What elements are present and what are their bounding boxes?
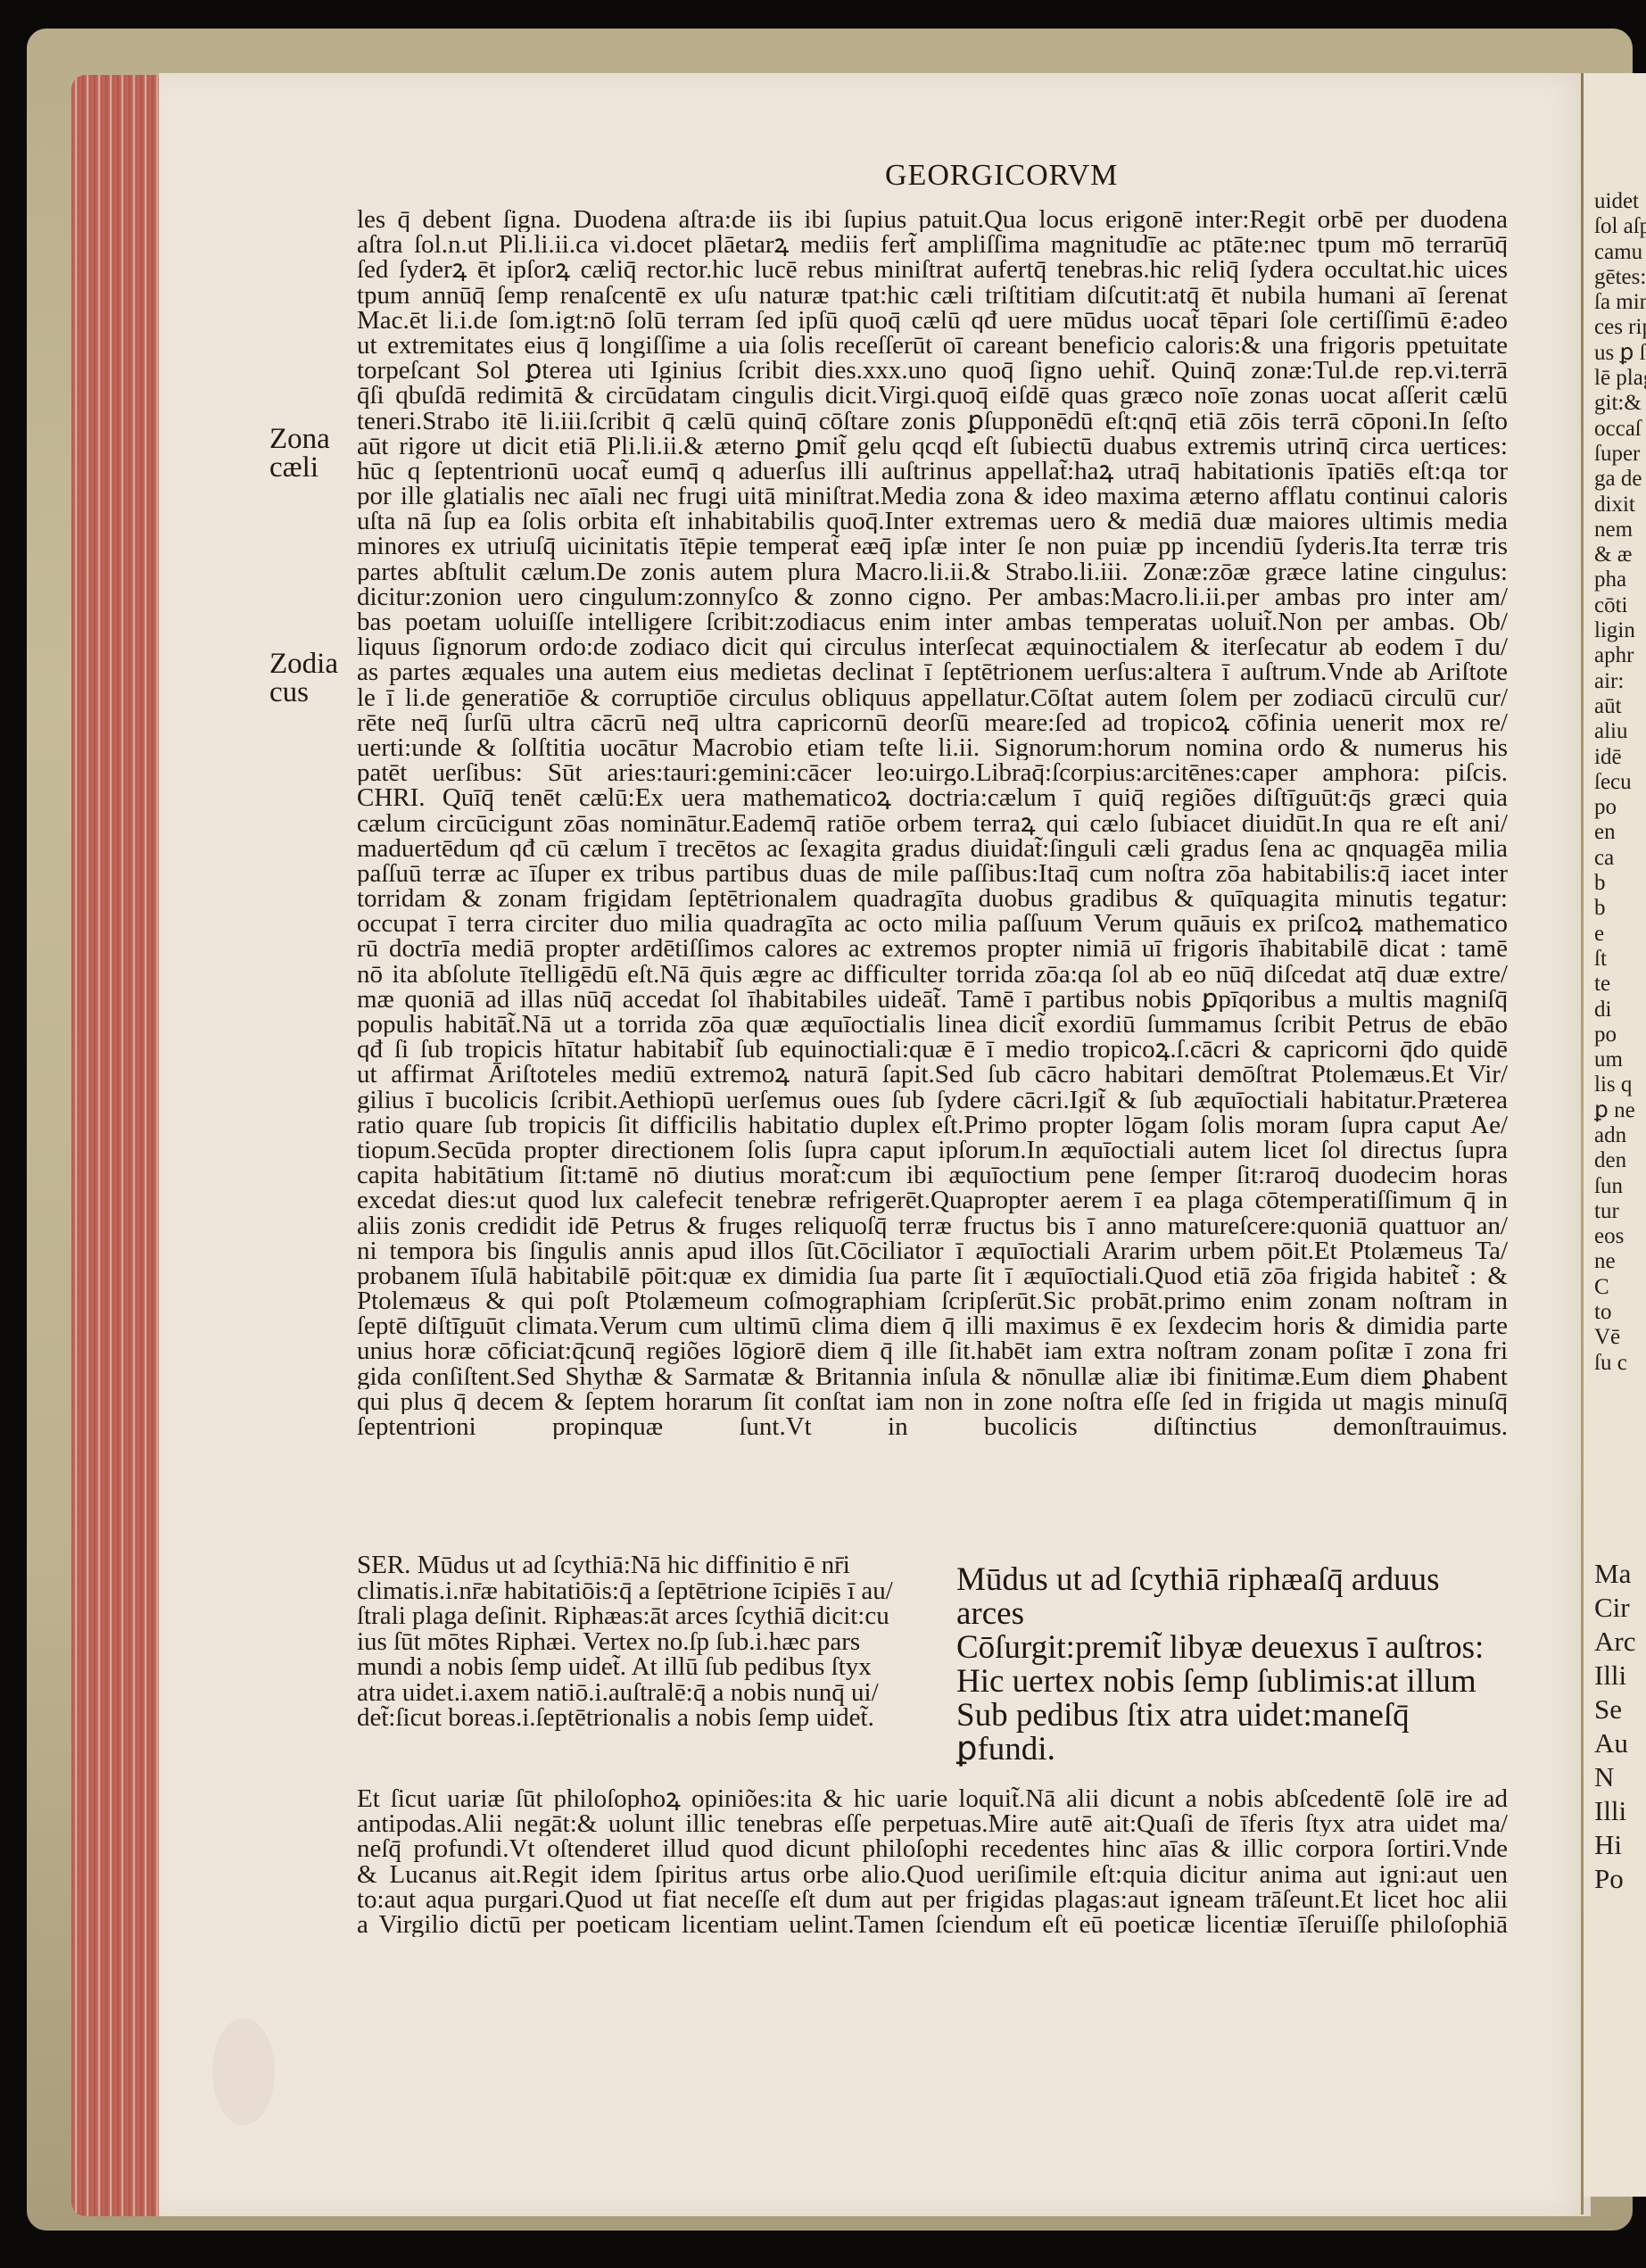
text-line: Cir: [1594, 1591, 1646, 1625]
text-line: uſta nā ſup ea ſolis orbita eſt inhabita…: [357, 509, 1508, 534]
text-line: te: [1594, 972, 1646, 997]
text-line: po: [1594, 1022, 1646, 1047]
text-line: Ptolemæus & qui poſt Ptolæmeum coſmograp…: [357, 1288, 1508, 1313]
text-line: Au: [1594, 1726, 1646, 1760]
text-line: occaſ: [1594, 417, 1646, 442]
text-line: SER. Mūdus ut ad ſcythiā:Nā hic diffinit…: [357, 1552, 946, 1578]
text-line: lē plag: [1594, 366, 1646, 391]
text-line: qui plus q̄ decem & ſeptem horarum ſit c…: [357, 1389, 1508, 1414]
margin-note-line: cæli: [269, 453, 330, 482]
text-line: air:: [1594, 669, 1646, 694]
text-line: Se: [1594, 1693, 1646, 1726]
text-line: ſeptē diſtīguūt climata.Verum cum ultimū…: [357, 1313, 1508, 1338]
text-line: excedat dies:ut quod lux calefecit teneb…: [357, 1188, 1508, 1213]
text-line: Et ſicut uariæ ſūt philoſophoꝝ opiniões:…: [357, 1786, 1508, 1811]
text-line: uerti:unde & ſolſtitia uocātur Macrobio …: [357, 735, 1508, 760]
text-line: nō ita abſolute ītelligēdū eſt.Nā q̄uis …: [357, 962, 1508, 987]
virgil-verses: Mūdus ut ad ſcythiā riphæaſq̄ arduus arc…: [956, 1563, 1510, 1767]
text-line: aūt rigore ut dicit etiā Pli.li.ii.& æte…: [357, 434, 1508, 459]
text-line: mæ quoniā ad illas nūq̄ accedat ſol īhab…: [357, 987, 1508, 1012]
text-line: tiopum.Secūda propter directionem ſolis …: [357, 1138, 1508, 1163]
text-line: um: [1594, 1047, 1646, 1072]
text-line: gilius ī bucolicis ſcribit.Aethiopū uerſ…: [357, 1088, 1508, 1113]
text-line: nem: [1594, 517, 1646, 542]
margin-note-line: Zona: [269, 425, 330, 453]
text-line: aūt: [1594, 694, 1646, 719]
text-line: Illi: [1594, 1794, 1646, 1828]
text-line: ſun: [1594, 1174, 1646, 1199]
text-line: Mac.ēt li.i.de ſom.igt:nō ſolū terram ſe…: [357, 308, 1508, 333]
text-line: gida conſiſtent.Sed Shythæ & Sarmatæ & B…: [357, 1364, 1508, 1389]
red-page-edges: [71, 75, 159, 2216]
text-line: ſt: [1594, 947, 1646, 972]
text-line: paſſuū terræ ac īſuper ex tribus partibu…: [357, 861, 1508, 886]
text-line: q̄ſi qbuſdā redimitā & circūdatam cingul…: [357, 383, 1508, 408]
text-line: di: [1594, 997, 1646, 1022]
text-line: camu: [1594, 240, 1646, 265]
facing-page-commentary: uidetſol aſpcamugētes:ſa minces ripus ꝑ …: [1594, 189, 1646, 1376]
text-line: ca: [1594, 846, 1646, 871]
margin-note-zodiacus: Zodia cus: [269, 650, 338, 707]
text-line: maduertēdum qđ cū cælum ī trecētos ac ſe…: [357, 836, 1508, 861]
text-line: ratio quare ſub tropicis ſit difficilis …: [357, 1113, 1508, 1138]
text-line: por ille glatialis nec aīali nec frugi u…: [357, 484, 1508, 509]
text-line: teneri.Strabo itē li.iii.ſcribit q̄ cælū…: [357, 409, 1508, 434]
text-line: uidet: [1594, 189, 1646, 214]
text-line: eos: [1594, 1224, 1646, 1249]
text-line: & Lucanus ait.Regit idem ſpiritus artus …: [357, 1862, 1508, 1887]
text-line: partes abſtulit cælum.De zonis autem plu…: [357, 559, 1508, 584]
text-line: les q̄ debent ſigna. Duodena aſtra:de ii…: [357, 207, 1508, 232]
text-line: po: [1594, 795, 1646, 820]
text-line: torridam & zonam frigidam ſeptētrionalem…: [357, 886, 1508, 911]
text-line: dicitur:zonion uero cingulum:zonnyſco & …: [357, 584, 1508, 609]
text-line: ſu c: [1594, 1351, 1646, 1376]
text-line: Po: [1594, 1862, 1646, 1896]
text-line: idē: [1594, 745, 1646, 770]
text-line: dixit: [1594, 493, 1646, 517]
text-line: Illi: [1594, 1659, 1646, 1693]
text-line: lis q: [1594, 1072, 1646, 1097]
margin-note-zona-caeli: Zona cæli: [269, 425, 330, 482]
text-line: unius horæ cōficiat:q̄cunq̄ regiões lōgi…: [357, 1338, 1508, 1363]
text-line: det̃:ſicut boreas.i.ſeptētrionalis a nob…: [357, 1705, 946, 1731]
margin-note-line: Zodia: [269, 650, 338, 678]
text-line: Hic uertex nobis ſemp ſublimis:at illum: [956, 1665, 1510, 1699]
text-line: ſed ſyderꝝ ēt ipſorꝝ cæliq̄ rector.hic l…: [357, 257, 1508, 282]
text-line: as partes æquales una autem eius medieta…: [357, 659, 1508, 684]
text-line: us ꝑ ſu: [1594, 341, 1646, 366]
text-line: adn: [1594, 1123, 1646, 1148]
text-line: to:aut aqua purgari.Quod ut fiat neceſſe…: [357, 1887, 1508, 1912]
closing-commentary: Et ſicut uariæ ſūt philoſophoꝝ opiniões:…: [357, 1786, 1508, 1937]
text-line: patēt uerſibus: Sūt aries:tauri:gemini:c…: [357, 760, 1508, 785]
text-line: Vē: [1594, 1325, 1646, 1350]
text-line: rū doctrīa mediā propter ardētiſſimos ca…: [357, 936, 1508, 961]
text-line: rēte neq̄ ſurſū ultra cācrū neq̄ ultra c…: [357, 710, 1508, 735]
text-line: ſa min: [1594, 290, 1646, 315]
text-line: ga de: [1594, 467, 1646, 492]
text-line: tpum annūq̄ ſemp renaſcentē ex uſu natur…: [357, 283, 1508, 308]
text-line: probanem īſulā habitabilē pōit:quæ ex di…: [357, 1263, 1508, 1288]
text-line: ne: [1594, 1249, 1646, 1274]
text-line: e: [1594, 922, 1646, 947]
text-line: qđ ſi ſub tropicis hītatur habitabit̃ ſu…: [357, 1037, 1508, 1062]
text-line: & æ: [1594, 542, 1646, 567]
text-line: ut affirmat Āriſtoteles mediū extremoꝝ n…: [357, 1062, 1508, 1087]
text-line: ſtrali plaga deſinit. Riphæas:āt arces ſ…: [357, 1603, 946, 1629]
text-line: Sub pedibus ſtix atra uidet:maneſq̄ ꝑfun…: [956, 1699, 1510, 1767]
text-line: ꝑ ne: [1594, 1098, 1646, 1123]
text-line: b: [1594, 871, 1646, 896]
text-line: ni tempora bis ſingulis annis apud illos…: [357, 1238, 1508, 1263]
text-line: torpeſcant Sol ꝑterea uti Iginius ſcribi…: [357, 358, 1508, 383]
text-line: N: [1594, 1760, 1646, 1794]
text-line: atra uidet.i.axem natiō.i.auſtralē:q̄ a …: [357, 1680, 946, 1706]
text-line: antipodas.Alii negāt:& uolunt illic tene…: [357, 1811, 1508, 1836]
text-line: C: [1594, 1275, 1646, 1300]
text-line: aphr: [1594, 643, 1646, 668]
text-line: Mūdus ut ad ſcythiā riphæaſq̄ arduus arc…: [956, 1563, 1510, 1631]
text-line: ſol aſp: [1594, 214, 1646, 239]
text-line: Hi: [1594, 1828, 1646, 1862]
text-line: ligin: [1594, 618, 1646, 643]
text-line: gētes:: [1594, 265, 1646, 290]
text-line: Cōſurgit:premit̃ libyæ deuexus ī auſtros…: [956, 1631, 1510, 1665]
margin-note-line: cus: [269, 678, 338, 707]
text-line: Ma: [1594, 1557, 1646, 1591]
text-line: b: [1594, 896, 1646, 921]
text-line: ſuper: [1594, 442, 1646, 467]
text-line: en: [1594, 820, 1646, 845]
text-line: git:&: [1594, 391, 1646, 416]
text-line: den: [1594, 1148, 1646, 1173]
text-line: ius ſūt mōtes Riphæi. Vertex no.ſp ſub.i…: [357, 1629, 946, 1655]
text-line: occupat ī terra circiter duo milia quadr…: [357, 911, 1508, 936]
text-line: aliis zonis credidit idē Petrus & fruges…: [357, 1213, 1508, 1238]
servius-commentary: SER. Mūdus ut ad ſcythiā:Nā hic diffinit…: [357, 1552, 946, 1731]
text-line: ſecu: [1594, 770, 1646, 795]
text-line: pha: [1594, 567, 1646, 592]
text-line: minores ex utriuſq̄ uicinitatis ītēpie t…: [357, 534, 1508, 559]
text-line: aliu: [1594, 719, 1646, 744]
text-line: a Virgilio dictū per poeticam licentiam …: [357, 1912, 1508, 1937]
text-line: populis habitāt̃.Nā ut a torrida zōa quæ…: [357, 1012, 1508, 1037]
facing-page-verses: MaCirArcIlliSeAuNIlliHiPo: [1594, 1557, 1646, 1896]
text-line: le ī li.de generatiōe & corruptiōe circu…: [357, 685, 1508, 710]
text-line: capita habitātium ſit:tamē nō diutius mo…: [357, 1163, 1508, 1188]
text-line: to: [1594, 1300, 1646, 1325]
text-line: CHRI. Quīq̄ tenēt cælū:Ex uera mathemati…: [357, 785, 1508, 810]
text-line: ces rip: [1594, 315, 1646, 340]
text-line: ſeptentrioni propinquæ ſunt.Vt in bucoli…: [357, 1414, 1508, 1439]
text-line: aſtra ſol.n.ut Pli.li.ii.ca vi.docet plā…: [357, 232, 1508, 257]
text-line: bas poetam uoluiſſe intelligere ſcribit:…: [357, 609, 1508, 634]
main-commentary: les q̄ debent ſigna. Duodena aſtra:de ii…: [357, 207, 1508, 1439]
running-head: GEORGICORVM: [885, 159, 1118, 193]
text-line: cælum circūcigunt zōas nominātur.Eademq̄…: [357, 811, 1508, 836]
text-line: neſq̄ profundi.Vt oſtenderet illud quod …: [357, 1836, 1508, 1861]
text-line: tur: [1594, 1199, 1646, 1224]
text-line: cōti: [1594, 593, 1646, 618]
text-line: climatis.i.nr̄æ habitatiōis:q̄ a ſeptētr…: [357, 1578, 946, 1604]
text-line: mundi a nobis ſemp uidet̃. At illū ſub p…: [357, 1654, 946, 1680]
paper-stain: [212, 2018, 275, 2125]
text-line: liquus ſignorum ordo:de zodiaco dicit qu…: [357, 634, 1508, 659]
text-line: ut extremitates eius q̄ longiſſime a uia…: [357, 333, 1508, 358]
text-line: Arc: [1594, 1625, 1646, 1659]
text-line: hūc q ſeptentrionū uocat̃ eumq̄ q aduerſ…: [357, 459, 1508, 484]
